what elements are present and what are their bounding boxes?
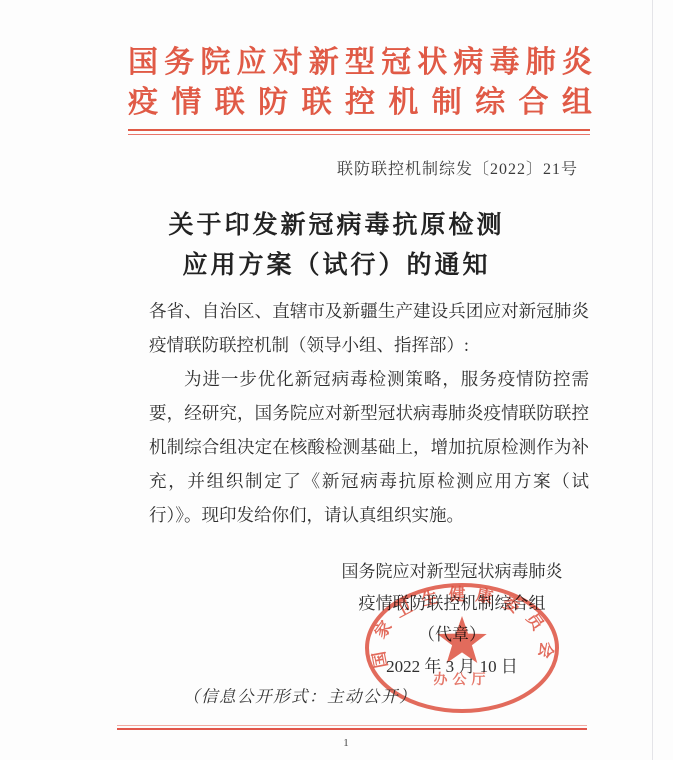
scan-artifact-line xyxy=(652,0,653,760)
document-title: 关于印发新冠病毒抗原检测 应用方案（试行）的通知 xyxy=(0,206,673,286)
document-body: 各省、自治区、直辖市及新疆生产建设兵团应对新冠肺炎疫情联防联控机制（领导小组、指… xyxy=(149,294,589,532)
masthead-line-2: 疫情联防联控机制综合组 xyxy=(128,84,592,124)
footer-red-rule xyxy=(117,725,587,730)
seal-star-icon xyxy=(437,616,486,663)
document-number: 联防联控机制综发〔2022〕21号 xyxy=(337,156,578,179)
document-page: 国务院应对新型冠状病毒肺炎 疫情联防联控机制综合组 联防联控机制综发〔2022〕… xyxy=(0,0,673,760)
masthead-line-1: 国务院应对新型冠状病毒肺炎 xyxy=(128,44,592,84)
body-paragraph: 为进一步优化新冠病毒检测策略，服务疫情防控需要，经研究，国务院应对新型冠状病毒肺… xyxy=(149,362,589,532)
document-masthead: 国务院应对新型冠状病毒肺炎 疫情联防联控机制综合组 xyxy=(128,44,592,135)
masthead-double-rule xyxy=(128,129,590,135)
document-title-line-1: 关于印发新冠病毒抗原检测 xyxy=(168,212,504,239)
disclosure-note: （信息公开形式：主动公开） xyxy=(183,683,417,707)
seal-bottom-text: 办公厅 xyxy=(434,671,491,688)
salutation: 各省、自治区、直辖市及新疆生产建设兵团应对新冠肺炎疫情联防联控机制（领导小组、指… xyxy=(149,294,589,362)
page-number: 1 xyxy=(338,737,354,749)
document-title-line-2: 应用方案（试行）的通知 xyxy=(182,252,490,279)
